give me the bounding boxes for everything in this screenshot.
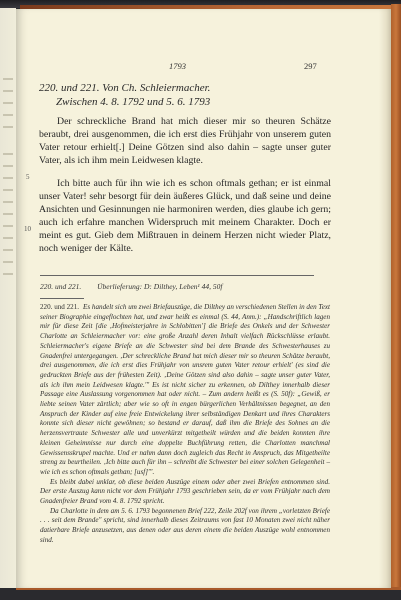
running-head: 1793 297: [16, 61, 391, 73]
line-number-5: 5: [26, 171, 30, 184]
ghost-text: [3, 114, 13, 116]
ghost-text: [3, 261, 13, 263]
running-head-year: 1793: [169, 61, 186, 71]
ghost-text: [3, 213, 13, 215]
line-number-10: 10: [24, 223, 31, 236]
note-ref: 220. und 221.: [40, 303, 79, 311]
ghost-text: [3, 249, 13, 251]
facing-page-edge: [0, 8, 16, 588]
transmission-note-ref: 220. und 221.: [40, 282, 81, 291]
letter-heading-line2: Zwischen 4. 8. 1792 und 5. 6. 1793: [39, 95, 339, 109]
ghost-text: [3, 126, 13, 128]
ghost-text: [3, 189, 13, 191]
transmission-note-text: Überlieferung: D: Dilthey, Leben¹ 44, 50…: [97, 282, 222, 291]
ghost-text: [3, 201, 13, 203]
letter-body: 5 10 Der schreckliche Brand hat mich die…: [39, 115, 331, 255]
page-edge-shading: [379, 9, 391, 588]
note-paragraph: Da Charlotte in dem am 5. 6. 1793 begonn…: [40, 507, 330, 546]
transmission-note: 220. und 221. Überlieferung: D: Dilthey,…: [40, 282, 222, 291]
letter-paragraph: Ich bitte auch für ihn wie ich es schon …: [39, 177, 331, 255]
ghost-text: [3, 225, 13, 227]
letter-heading-line1: 220. und 221. Von Ch. Schleiermacher.: [39, 82, 210, 94]
ghost-text: [3, 102, 13, 104]
letter-heading: 220. und 221. Von Ch. Schleiermacher. Zw…: [39, 81, 339, 109]
ghost-text: [3, 165, 13, 167]
ghost-text: [3, 90, 13, 92]
page-number: 297: [304, 61, 317, 71]
notes-divider: [40, 298, 84, 299]
ghost-text: [3, 177, 13, 179]
book-page: 1793 297 220. und 221. Von Ch. Schleierm…: [16, 9, 391, 588]
book-cover-right-edge: [391, 4, 401, 594]
ghost-text: [3, 273, 13, 275]
note-paragraph: Es bleibt dabei unklar, ob diese beiden …: [40, 478, 330, 507]
ghost-text: [3, 78, 13, 80]
commentary-notes: 220. und 221.Es handelt sich um zwei Bri…: [40, 303, 330, 546]
ghost-text: [3, 237, 13, 239]
apparatus-divider: [40, 275, 314, 276]
letter-paragraph: Der schreckliche Brand hat mich dieser m…: [39, 115, 331, 167]
note-paragraph: Es handelt sich um zwei Briefauszüge, di…: [40, 303, 330, 476]
ghost-text: [3, 153, 13, 155]
